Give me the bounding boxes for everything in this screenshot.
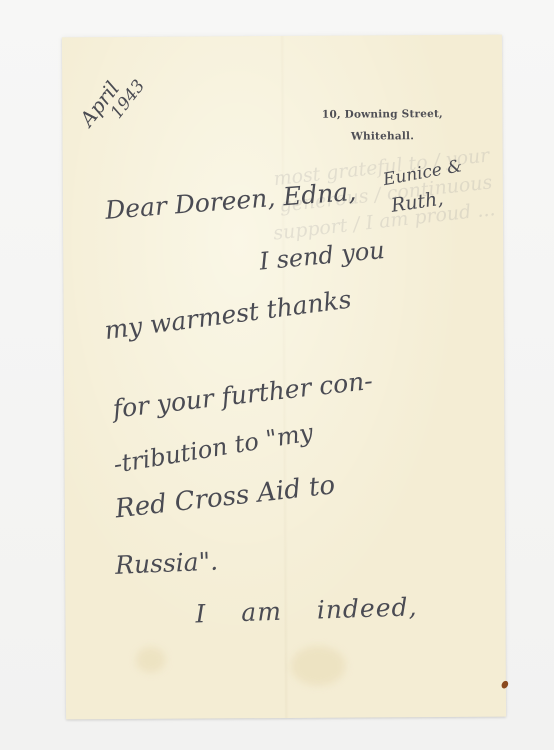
paper-stain <box>136 647 166 673</box>
letter-closing: I am indeed, <box>195 592 418 628</box>
letterhead: 10, Downing Street, Whitehall. <box>302 103 462 148</box>
letter-line-2: my warmest thanks <box>103 285 353 346</box>
letter-line-4: -tribution to "my <box>112 418 316 478</box>
paper-stain <box>291 646 346 686</box>
letterhead-address: 10, Downing Street, <box>302 103 462 126</box>
letter-line-6: Russia". <box>115 547 219 580</box>
date-annotation: April 1943 <box>76 64 149 142</box>
letter-line-5: Red Cross Aid to <box>114 470 337 524</box>
letterhead-district: Whitehall. <box>302 125 462 148</box>
letter-line-3: for your further con- <box>111 366 374 424</box>
letter-sheet: most grateful to / your generous / conti… <box>62 35 506 720</box>
